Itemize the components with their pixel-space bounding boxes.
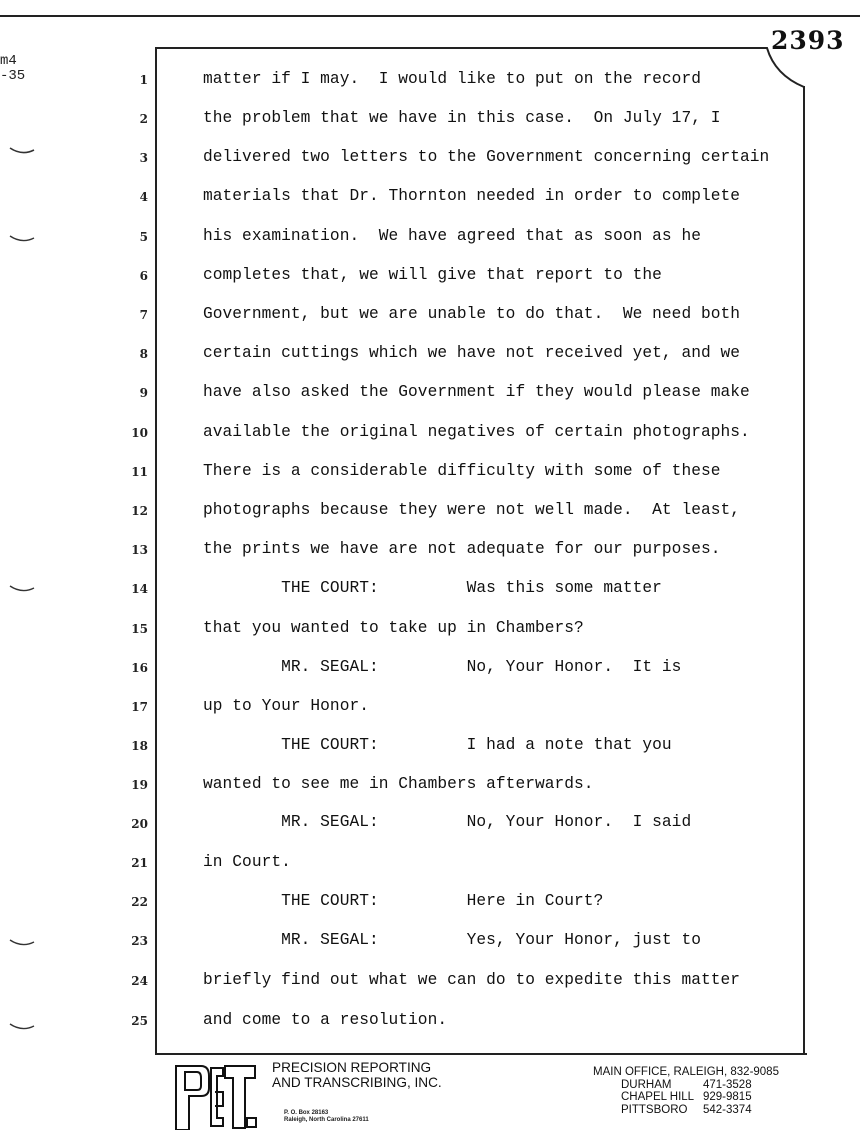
office-city: PITTSBORO [621,1104,703,1117]
transcript-line: that you wanted to take up in Chambers? [203,619,584,637]
binding-mark [8,938,38,948]
transcript-line: wanted to see me in Chambers afterwards. [203,775,594,793]
transcript-line: up to Your Honor. [203,697,369,715]
margin-note: m4 -35 [0,54,25,84]
transcript-line: matter if I may. I would like to put on … [203,70,701,88]
top-rule [0,15,860,17]
binding-mark [8,1022,38,1032]
main-office: MAIN OFFICE, RALEIGH, 832-9085 [593,1066,779,1079]
line-number: 22 [120,895,148,909]
line-number: 11 [120,465,148,479]
firm-name: PRECISION REPORTING AND TRANSCRIBING, IN… [272,1060,442,1090]
speaker-line: MR. SEGAL: No, Your Honor. I said [203,813,691,831]
line-number: 7 [120,308,148,322]
city-address: Raleigh, North Carolina 27611 [284,1117,369,1124]
line-number: 16 [120,661,148,675]
binding-mark [8,234,38,244]
line-number: 12 [120,504,148,518]
firm-name-line-2: AND TRANSCRIBING, INC. [272,1075,442,1090]
line-number: 6 [120,269,148,283]
speaker-line: MR. SEGAL: No, Your Honor. It is [203,658,681,676]
transcript-line: photographs because they were not well m… [203,501,740,519]
transcript-line: There is a considerable difficulty with … [203,462,721,480]
po-box: P. O. Box 28163 [284,1110,369,1117]
line-number: 25 [120,1014,148,1028]
frame-right-border [803,86,805,1055]
frame-corner-curve [765,47,805,88]
line-number: 13 [120,543,148,557]
line-number: 21 [120,856,148,870]
speaker-line: THE COURT: Here in Court? [203,892,603,910]
line-number: 17 [120,700,148,714]
binding-mark [8,584,38,594]
office-phone: 929-9815 [703,1091,752,1103]
office-row: PITTSBORO542-3374 [593,1104,779,1117]
line-number: 23 [120,934,148,948]
line-number: 8 [120,347,148,361]
transcript-line: available the original negatives of cert… [203,423,750,441]
line-number: 1 [120,73,148,87]
transcript-line: and come to a resolution. [203,1011,447,1029]
line-number: 15 [120,622,148,636]
transcript-line: the problem that we have in this case. O… [203,109,721,127]
firm-logo [173,1062,261,1130]
speaker-line: THE COURT: Was this some matter [203,579,662,597]
office-listing: MAIN OFFICE, RALEIGH, 832-9085 DURHAM471… [593,1066,779,1116]
firm-name-line-1: PRECISION REPORTING [272,1060,442,1075]
office-phone: 542-3374 [703,1104,752,1116]
line-number: 4 [120,190,148,204]
margin-note-line-2: -35 [0,69,25,84]
line-number: 9 [120,386,148,400]
transcript-line: in Court. [203,853,291,871]
line-number: 19 [120,778,148,792]
line-number: 24 [120,974,148,988]
office-city: DURHAM [621,1079,703,1092]
transcript-line: delivered two letters to the Government … [203,148,769,166]
line-number: 3 [120,151,148,165]
transcript-line: the prints we have are not adequate for … [203,540,721,558]
transcript-line: materials that Dr. Thornton needed in or… [203,187,740,205]
office-row: DURHAM471-3528 [593,1079,779,1092]
transcript-line: briefly find out what we can do to exped… [203,971,740,989]
margin-note-line-1: m4 [0,54,25,69]
line-number: 18 [120,739,148,753]
line-number: 10 [120,426,148,440]
transcript-line: Government, but we are unable to do that… [203,305,740,323]
transcript-line: certain cuttings which we have not recei… [203,344,740,362]
binding-mark [8,146,38,156]
office-phone: 471-3528 [703,1079,752,1091]
line-number: 14 [120,582,148,596]
line-number: 20 [120,817,148,831]
frame-top-border [155,47,767,49]
firm-address: P. O. Box 28163 Raleigh, North Carolina … [284,1110,369,1124]
transcript-line: completes that, we will give that report… [203,266,662,284]
line-number: 5 [120,230,148,244]
transcript-line: have also asked the Government if they w… [203,383,750,401]
speaker-line: THE COURT: I had a note that you [203,736,672,754]
office-row: CHAPEL HILL929-9815 [593,1091,779,1104]
line-number: 2 [120,112,148,126]
speaker-line: MR. SEGAL: Yes, Your Honor, just to [203,931,701,949]
office-city: CHAPEL HILL [621,1091,703,1104]
transcript-line: his examination. We have agreed that as … [203,227,701,245]
